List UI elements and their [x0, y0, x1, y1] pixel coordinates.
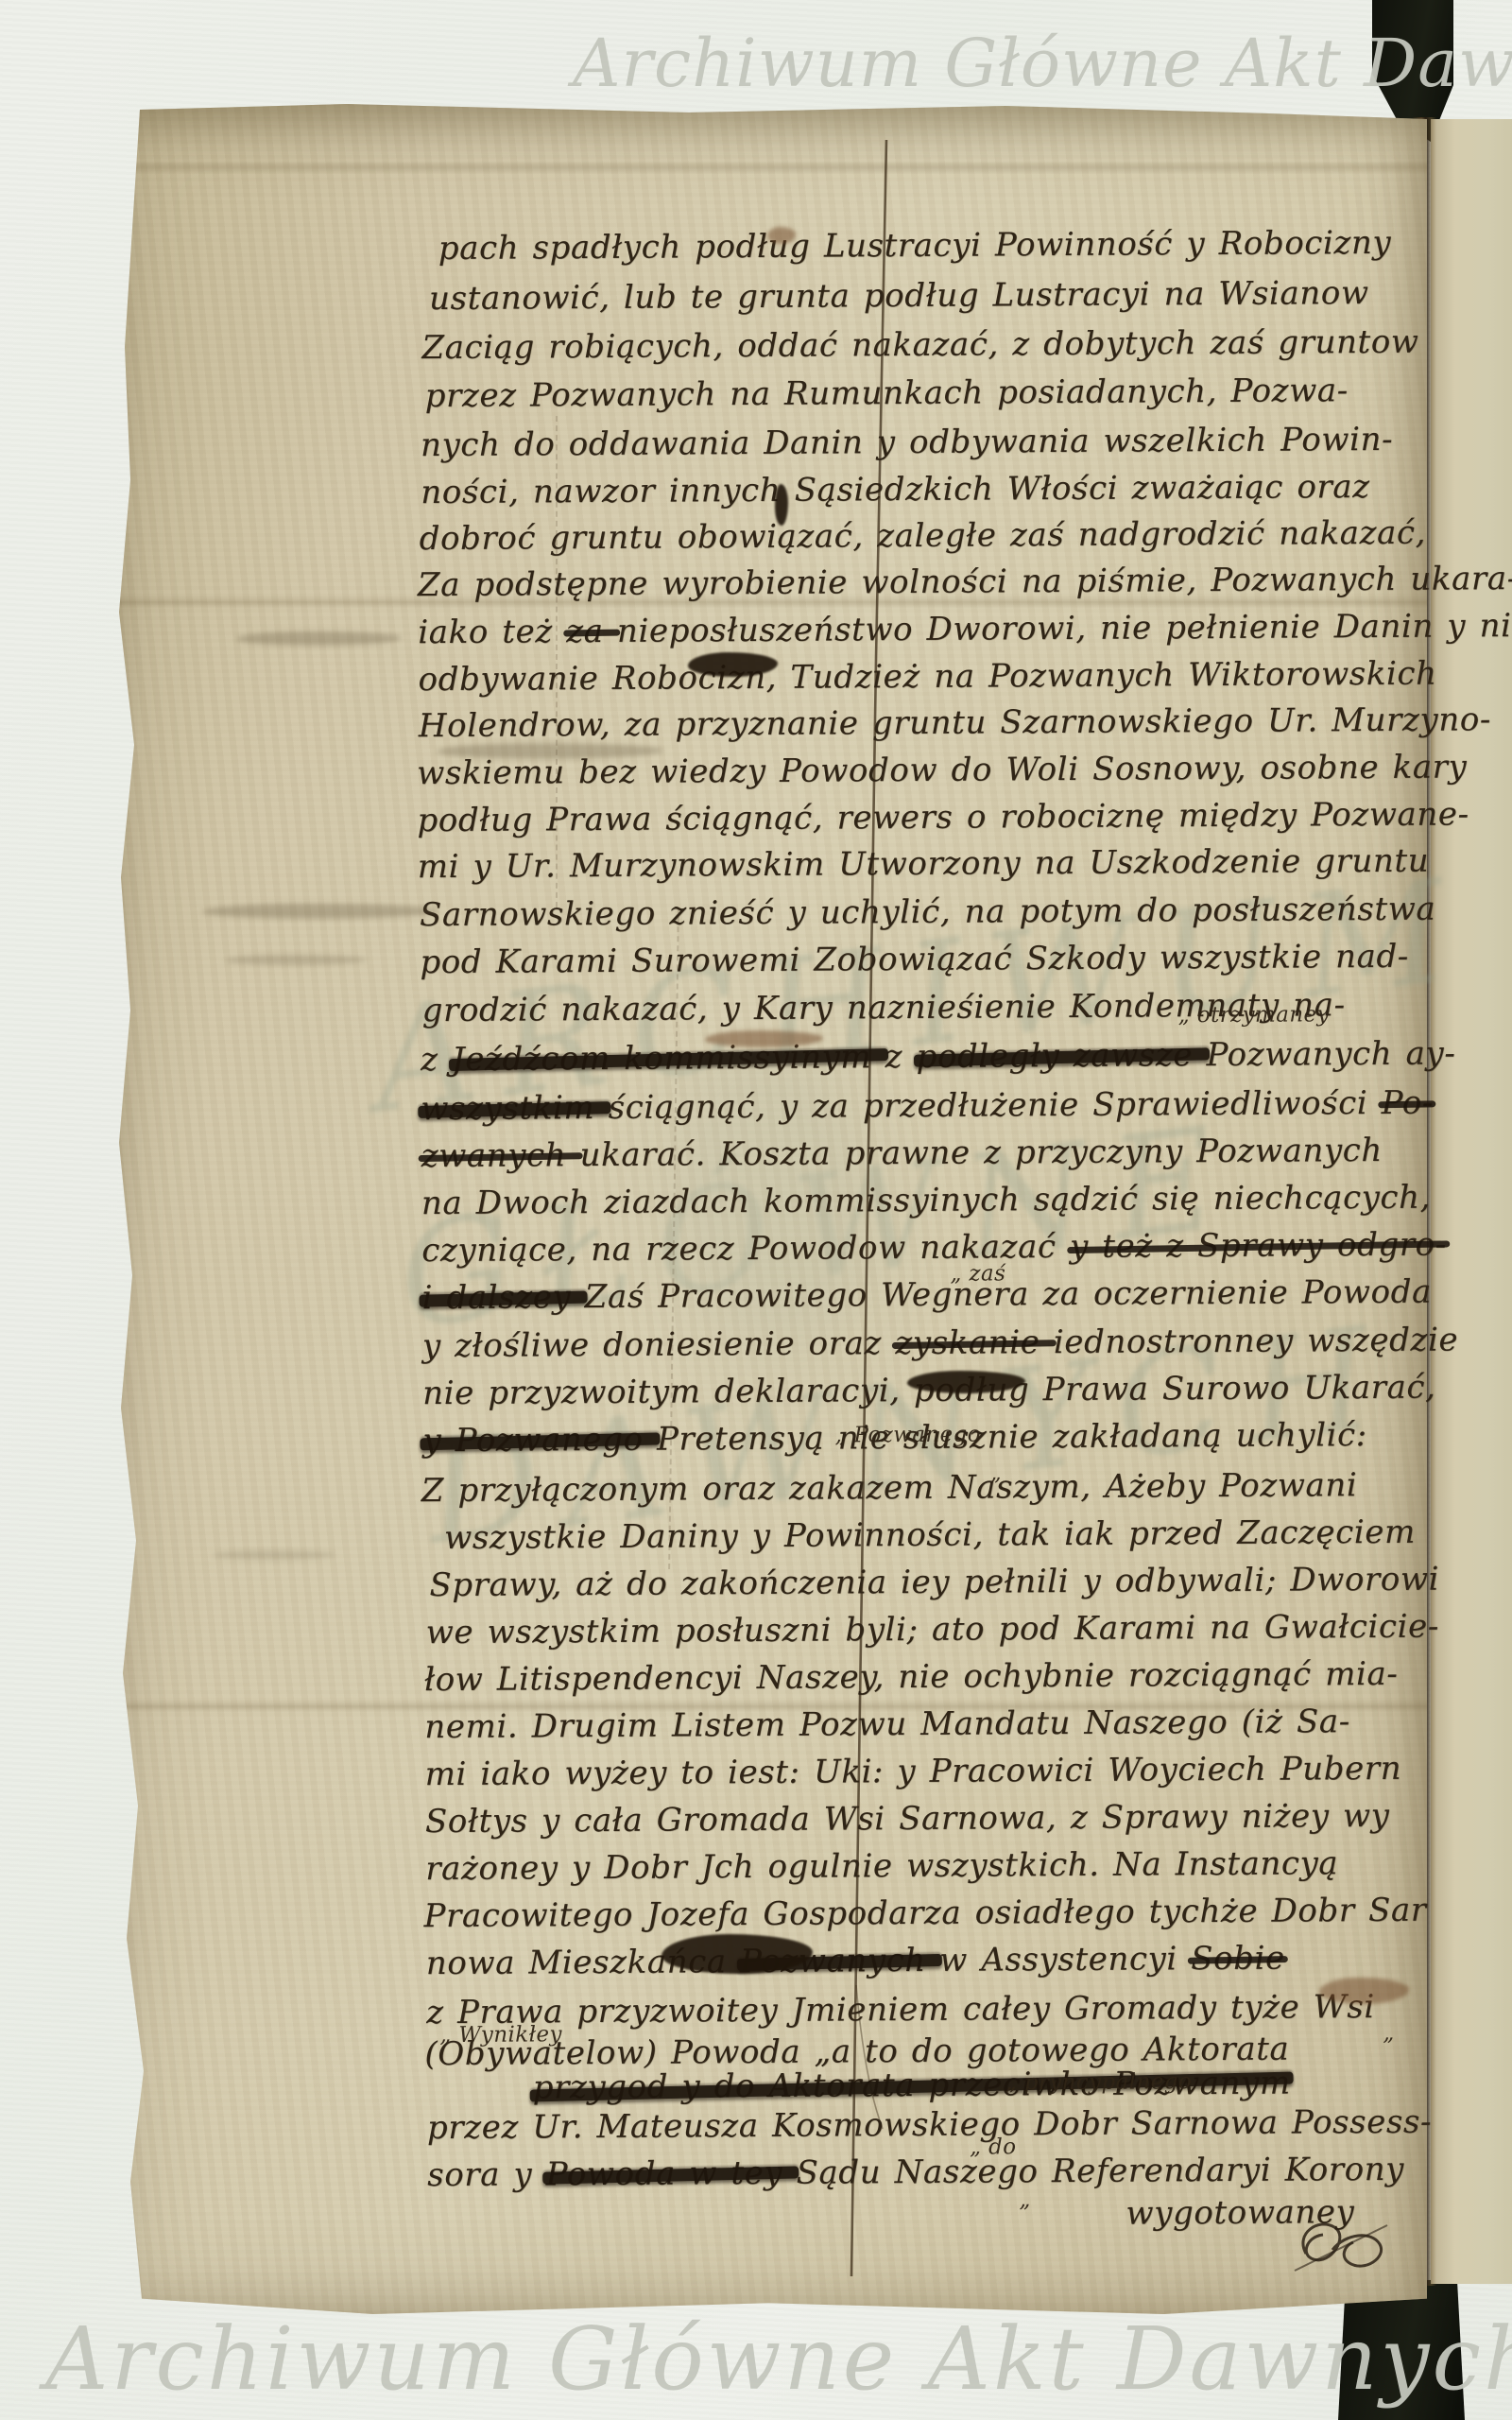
manuscript-text: mi iako wyżey to iest: Uki: y Pracowici …: [425, 1750, 1402, 1793]
manuscript-line: pod Karami Surowemi Zobowiązać Szkody ws…: [420, 939, 1409, 981]
manuscript-line: odbywanie Robocizn, Tudzież na Pozwanych…: [418, 656, 1436, 700]
manuscript-line: ustanowić, lub te grunta podług Lustracy…: [429, 275, 1369, 318]
manuscript-text: podług Prawa ściągnąć, rewers o robocizn…: [417, 795, 1469, 839]
interlinear-insertion: „ pryncypalnego: [1005, 2071, 1193, 2094]
manuscript-line: przez Pozwanych na Rumunkach posiadanych…: [425, 372, 1349, 415]
manuscript-line: y złośliwe doniesienie oraz zyskanie ied…: [422, 1322, 1459, 1365]
manuscript-text: y złośliwe doniesienie oraz: [422, 1324, 896, 1365]
manuscript-text: nieposłuszeństwo Dworowi, nie pełnienie …: [617, 607, 1512, 650]
manuscript-text: nemi. Drugim Listem Pozwu Mandatu Naszeg…: [424, 1703, 1350, 1746]
manuscript-line: na Dwoch ziazdach kommissyinych sądzić s…: [421, 1180, 1431, 1223]
manuscript-text: przez Ur. Mateusza Kosmowskiego Dobr Sar…: [427, 2103, 1432, 2147]
struck-text: zyskanie: [895, 1323, 1054, 1362]
manuscript-line: Pracowitego Jozefa Gospodarza osiadłego …: [423, 1893, 1426, 1936]
manuscript-line: sora y Powoda w tey Sądu Naszego Referen…: [427, 2152, 1404, 2194]
manuscript-line: nowa Mieszkańca Pozwanych w Assystencyi …: [426, 1941, 1285, 1983]
interlinear-insertion: „ zaś: [950, 1263, 1005, 1285]
manuscript-line: zwanych ukarać. Koszta prawne z przyczyn…: [421, 1132, 1383, 1175]
manuscript-text: Holendrow, za przyznanie gruntu Szarnows…: [419, 700, 1491, 745]
manuscript-text: nych do oddawania Danin y odbywania wsze…: [421, 421, 1393, 464]
archive-watermark-bottom: Archiwum Główne Akt Dawnych: [45, 2308, 1512, 2410]
manuscript-line: i dalszey Zaś Pracowitego Wegnera za ocz…: [421, 1274, 1432, 1318]
manuscript-line: Sołtys y cała Gromada Wsi Sarnowa, z Spr…: [425, 1798, 1390, 1841]
archive-watermark-top: Archiwum Główne Akt Dawnych: [573, 25, 1512, 102]
manuscript-text: Zaciąg robiących, oddać nakazać, z dobyt…: [421, 323, 1418, 367]
manuscript-line: nemi. Drugim Listem Pozwu Mandatu Naszeg…: [424, 1703, 1350, 1746]
interlinear-insertion: „: [1383, 2023, 1394, 2045]
manuscript-line: Za podstępne wyrobienie wolności na piśm…: [418, 561, 1512, 604]
manuscript-line: czyniące, na rzecz Powodow nakazać y też…: [421, 1227, 1447, 1270]
manuscript-line: łow Litispendencyi Naszey, nie ochybnie …: [424, 1656, 1399, 1699]
manuscript-text: dobroć gruntu obowiązać, zaległe zaś nad…: [420, 514, 1427, 559]
manuscript-line: iako też za nieposłuszeństwo Dworowi, ni…: [418, 608, 1512, 651]
manuscript-text: odbywanie Robocizn, Tudzież na Pozwanych…: [418, 655, 1436, 700]
manuscript-text: na Dwoch ziazdach kommissyinych sądzić s…: [421, 1179, 1431, 1223]
struck-text: za: [566, 613, 617, 650]
manuscript-text: Z przyłączonym oraz zakazem Naszym, Ażeb…: [421, 1466, 1358, 1510]
manuscript-line: mi iako wyżey to iest: Uki: y Pracowici …: [425, 1751, 1402, 1793]
manuscript-text: we wszystkim posłuszni byli; ato pod Kar…: [426, 1608, 1439, 1652]
struck-text: zwanych: [421, 1136, 580, 1175]
manuscript-line: Zaciąg robiących, oddać nakazać, z dobyt…: [421, 324, 1418, 368]
manuscript-text: Sarnowskiego znieść y uchylić, na potym …: [420, 890, 1435, 935]
manuscript-line: wszystkim ściągnąć, y za przedłużenie Sp…: [421, 1085, 1434, 1129]
manuscript-text: Zaś Pracowitego Wegnera za oczernienie P…: [585, 1273, 1432, 1316]
manuscript-text: przez Pozwanych na Rumunkach posiadanych…: [425, 372, 1349, 415]
interlinear-insertion: „ Wynikłey: [439, 2024, 562, 2047]
manuscript-text: rażoney y Dobr Jch ogulnie wszystkich. N…: [425, 1844, 1338, 1888]
archival-scan-canvas: ARCHIWUM GŁÓWNE DAWNYCH pach spadłych po…: [0, 0, 1512, 2420]
interlinear-insertion: „ Pozwanego: [834, 1425, 981, 1447]
manuscript-line: we wszystkim posłuszni byli; ato pod Kar…: [426, 1609, 1439, 1652]
manuscript-line: dobroć gruntu obowiązać, zaległe zaś nad…: [420, 515, 1427, 559]
manuscript-line: podług Prawa ściągnąć, rewers o robocizn…: [417, 796, 1469, 839]
struck-text: Po-: [1382, 1084, 1435, 1122]
struck-text: podległy zawsze: [916, 1036, 1206, 1076]
manuscript-text: ściągnąć, y za przedłużenie Sprawiedliwo…: [609, 1084, 1382, 1127]
manuscript-text: wszystkie Daniny y Powinności, tak iak p…: [444, 1513, 1416, 1557]
manuscript-line: przez Ur. Mateusza Kosmowskiego Dobr Sar…: [427, 2104, 1432, 2148]
manuscript-text: łow Litispendencyi Naszey, nie ochybnie …: [424, 1655, 1399, 1699]
manuscript-text: iednostronney wszędzie: [1054, 1321, 1459, 1361]
ink-flourish-signature: [1293, 2214, 1402, 2286]
struck-text: y Pozwanego: [422, 1421, 657, 1461]
manuscript-line: rażoney y Dobr Jch ogulnie wszystkich. N…: [425, 1845, 1338, 1888]
interlinear-insertion: „: [1019, 2189, 1030, 2211]
interlinear-insertion: „ otrzymaney: [1178, 1004, 1330, 1027]
manuscript-text: Pozwanych ay-: [1206, 1034, 1455, 1074]
manuscript-text: Sołtys y cała Gromada Wsi Sarnowa, z Spr…: [425, 1797, 1390, 1841]
manuscript-line: Holendrow, za przyznanie gruntu Szarnows…: [419, 701, 1491, 745]
manuscript-text: Sprawy, aż do zakończenia iey pełnili y …: [429, 1561, 1439, 1605]
manuscript-text: ności, nawzor innych Sąsiedzkich Włości …: [421, 468, 1370, 511]
struck-text: Sobie: [1191, 1940, 1285, 1979]
manuscript-text: Pracowitego Jozefa Gospodarza osiadłego …: [423, 1892, 1426, 1935]
manuscript-line: wszystkie Daniny y Powinności, tak iak p…: [444, 1514, 1416, 1557]
manuscript-text-layer: pach spadłych podług Lustracyi Powinność…: [0, 0, 1512, 2420]
manuscript-line: Sarnowskiego znieść y uchylić, na potym …: [420, 891, 1435, 935]
struck-text: wszystkim: [421, 1089, 609, 1128]
manuscript-text: w Assystencyi: [939, 1940, 1191, 1979]
manuscript-text: z Prawa przyzwoitey Jmieniem całey Groma…: [426, 1988, 1375, 2031]
interlinear-insertion: „ do: [970, 2136, 1017, 2158]
struck-text: Powoda w tey: [546, 2154, 797, 2194]
manuscript-line: z Jeźdźcom kommissyinym z podległy zawsz…: [421, 1035, 1456, 1079]
manuscript-text: pod Karami Surowemi Zobowiązać Szkody ws…: [420, 938, 1409, 981]
manuscript-line: Z przyłączonym oraz zakazem Naszym, Ażeb…: [421, 1467, 1358, 1510]
struck-text: Jeźdźcom kommissyinym: [452, 1038, 885, 1079]
manuscript-text: pach spadłych podług Lustracyi Powinność…: [438, 224, 1392, 268]
manuscript-line: pach spadłych podług Lustracyi Powinność…: [438, 225, 1392, 268]
manuscript-text: iako też: [418, 613, 566, 651]
manuscript-text: Sądu Naszego Referendaryi Korony: [796, 2151, 1404, 2192]
struck-text: y też z Sprawy odgro-: [1070, 1226, 1447, 1266]
manuscript-line: mi y Ur. Murzynowskim Utworzony na Uszko…: [418, 843, 1430, 887]
manuscript-text: mi y Ur. Murzynowskim Utworzony na Uszko…: [418, 842, 1430, 887]
manuscript-text: ustanowić, lub te grunta podług Lustracy…: [429, 274, 1369, 318]
manuscript-line: nych do oddawania Danin y odbywania wsze…: [421, 422, 1393, 464]
interlinear-insertion: „: [990, 1462, 1002, 1484]
manuscript-text: z: [421, 1041, 452, 1079]
manuscript-line: z Prawa przyzwoitey Jmieniem całey Groma…: [426, 1989, 1375, 2031]
manuscript-line: Sprawy, aż do zakończenia iey pełnili y …: [429, 1562, 1439, 1605]
manuscript-text: Za podstępne wyrobienie wolności na piśm…: [418, 560, 1512, 604]
manuscript-text: z: [885, 1038, 916, 1076]
manuscript-text: Pretensyą nie słusznie zakładaną uchylić…: [657, 1416, 1367, 1459]
manuscript-text: sora y: [427, 2155, 546, 2194]
manuscript-text: ukarać. Koszta prawne z przyczyny Pozwan…: [579, 1132, 1382, 1174]
manuscript-line: ności, nawzor innych Sąsiedzkich Włości …: [421, 469, 1370, 511]
struck-text: i dalszey: [421, 1278, 584, 1317]
